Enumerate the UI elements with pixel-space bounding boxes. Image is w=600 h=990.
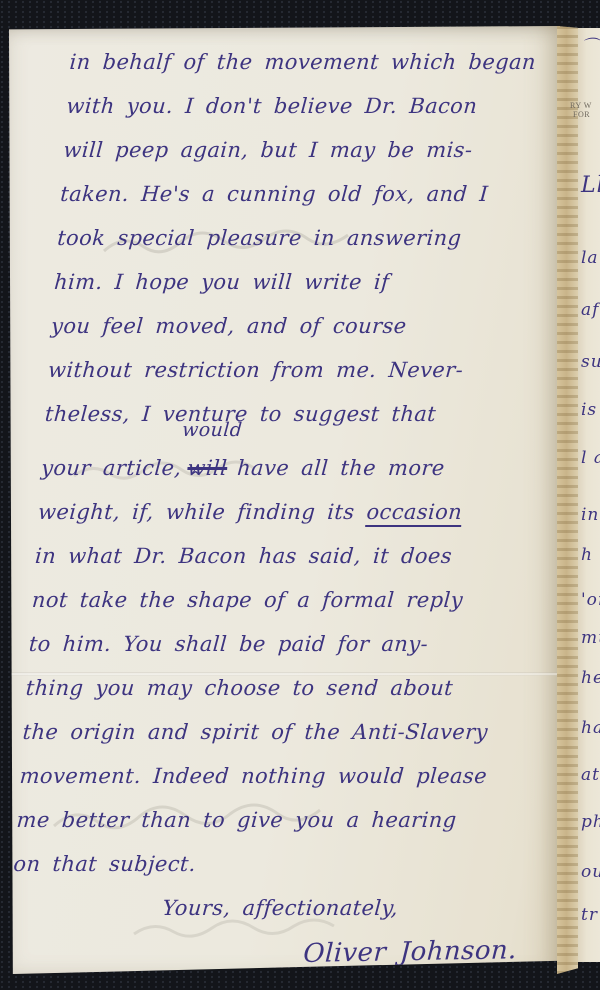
letter-line: him. I hope you will write if [53, 260, 560, 304]
folded-page-edge [557, 26, 578, 974]
edit-line-suffix: have all the more [236, 456, 445, 480]
insertion-group: would^will [186, 446, 229, 490]
letter-line: in behalf of the movement which began [68, 40, 560, 84]
handwriting-fragment: tr [581, 905, 598, 925]
letter-line: me better than to give you a hearing [15, 798, 539, 842]
letter-line: the origin and spirit of the Anti-Slaver… [21, 710, 545, 754]
letter-line: on that subject. [12, 842, 536, 886]
letter-line: took special pleasure in answering [56, 216, 560, 260]
edit-line-prefix: your article, [40, 456, 182, 480]
handwriting-fragment: he [581, 668, 600, 688]
letter-line: without restriction from me. Never- [47, 348, 560, 392]
next-page-sliver: ⌒ Ll la af su is l a in h 'on mu he ha a… [578, 28, 600, 962]
letterhead-fragment-line2: FOR [570, 110, 592, 119]
letter-line: movement. Indeed nothing would please [18, 754, 542, 798]
letter-line-with-insertion: your article,would^willhave all the more [40, 446, 560, 490]
scanned-letter-image: { "page": { "document_kind": "handwritte… [0, 0, 600, 990]
handwriting-fragment: l a [581, 448, 600, 468]
handwriting-fragment: af [581, 300, 599, 320]
letter-line: taken. He's a cunning old fox, and I [59, 172, 560, 216]
letter-line: not take the shape of a formal reply [30, 578, 554, 622]
letter-line: theless, I venture to suggest that [43, 392, 560, 436]
letter-line: to him. You shall be paid for any- [27, 622, 551, 666]
letter-closing: Yours, affectionately, [161, 886, 533, 930]
letter-line: in what Dr. Bacon has said, it does [34, 534, 558, 578]
handwriting-fragment: in [581, 505, 599, 525]
handwriting-fragment: is [581, 400, 597, 420]
handwriting-fragment: mu [581, 628, 600, 648]
insertion-caret: ^ [189, 472, 203, 482]
letter-body: in behalf of the movement which began wi… [9, 26, 560, 974]
letter-line: with you. I don't believe Dr. Bacon [65, 84, 560, 128]
inserted-word: would [181, 421, 243, 440]
underlined-word: occasion [366, 500, 463, 527]
printed-letterhead-fragment: RY W FOR [570, 101, 592, 119]
handwriting-fragment: at [581, 765, 600, 785]
handwriting-fragment: ha [581, 718, 600, 738]
handwriting-fragment: Ll [581, 173, 600, 198]
letter-line-with-underline: weight, if, while finding its occasion [37, 490, 560, 534]
occasion-line-prefix: weight, if, while finding its [37, 500, 367, 524]
handwriting-fragment: su [581, 352, 600, 372]
letter-line: you feel moved, and of course [50, 304, 560, 348]
handwriting-fragment: ou [581, 862, 600, 882]
letter-line: thing you may choose to send about [24, 666, 548, 710]
handwriting-fragment: 'on [581, 590, 600, 610]
handwriting-fragment: ⌒ [581, 32, 599, 57]
letterhead-fragment-line1: RY W [570, 101, 592, 110]
handwriting-fragment: h [581, 545, 593, 565]
letter-page: in behalf of the movement which began wi… [9, 26, 560, 974]
signature: Oliver Johnson. [302, 928, 530, 974]
handwriting-fragment: la [581, 248, 599, 268]
letter-line: will peep again, but I may be mis- [62, 128, 560, 172]
handwriting-fragment: ph [581, 812, 600, 832]
